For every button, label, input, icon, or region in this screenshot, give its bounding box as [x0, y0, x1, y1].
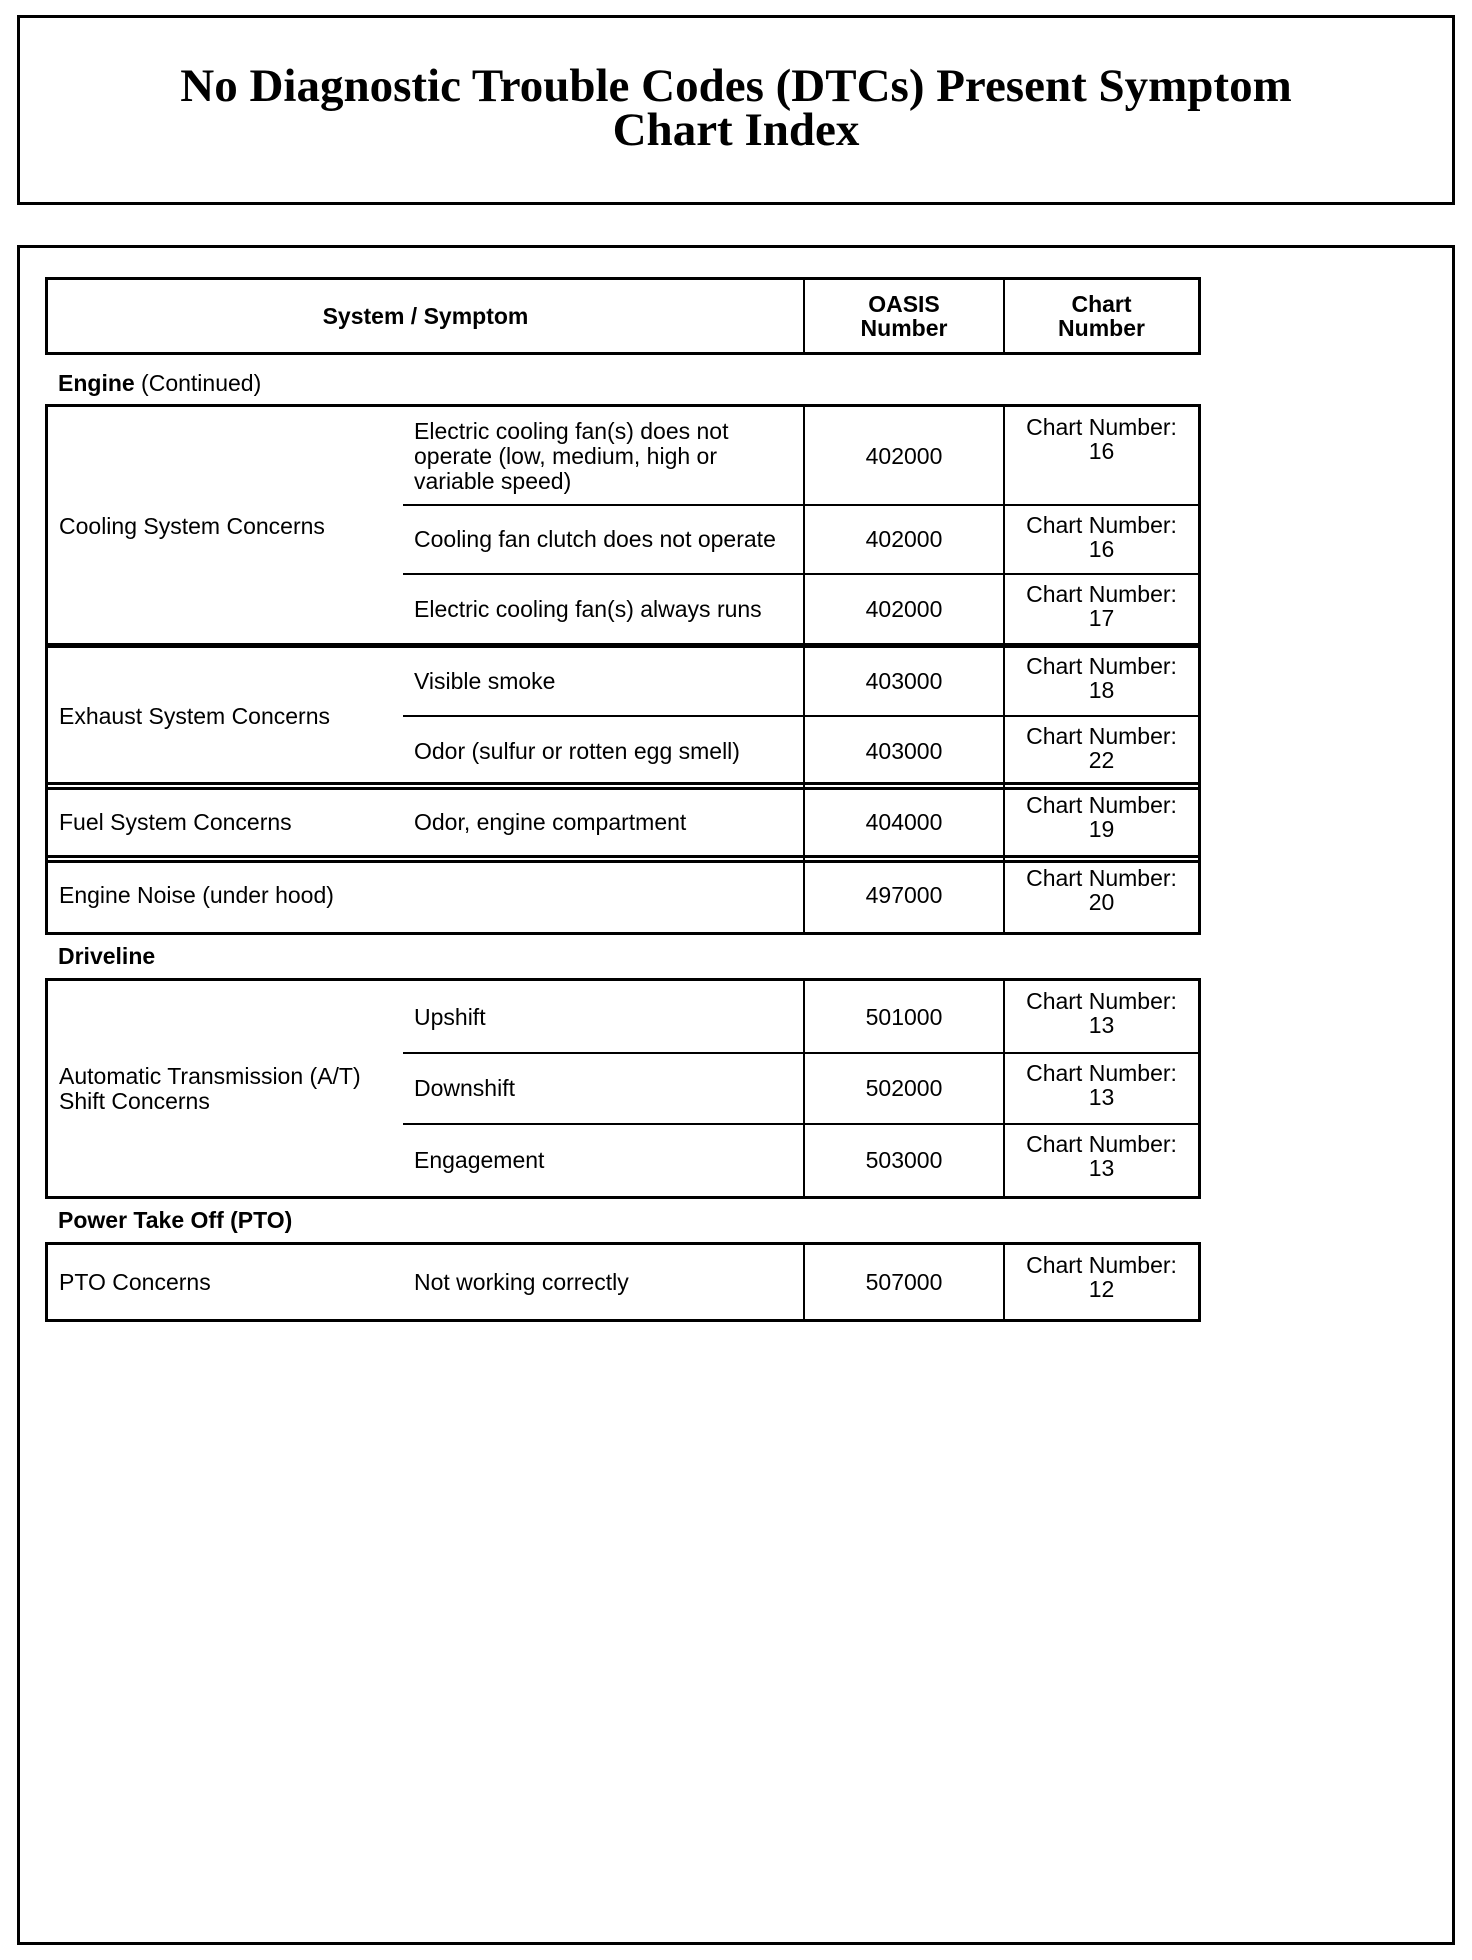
system-cell: Engine Noise (under hood)	[48, 858, 803, 932]
table-header: System / Symptom OASIS Number Chart Numb…	[45, 277, 1201, 355]
oasis-number-cell: 503000	[805, 1124, 1003, 1196]
chart-number-cell: Chart Number:17	[1005, 574, 1198, 645]
oasis-number-cell: 497000	[805, 858, 1003, 932]
symptom-cell: Cooling fan clutch does not operate	[403, 505, 793, 574]
section-pto: Power Take Off (PTO)	[58, 1207, 292, 1234]
symptom-cell: Odor, engine compartment	[403, 785, 793, 860]
chart-number-cell: Chart Number:20	[1005, 858, 1198, 932]
symptom-cell: Odor (sulfur or rotten egg smell)	[403, 716, 793, 787]
symptom-cell: Electric cooling fan(s) does not operate…	[403, 407, 793, 505]
header-chart-number: Chart Number	[1005, 280, 1198, 352]
chart-number-cell: Chart Number:13	[1005, 1053, 1198, 1124]
chart-number-cell: Chart Number:12	[1005, 1245, 1198, 1319]
header-system-symptom: System / Symptom	[48, 280, 803, 352]
chart-number-cell: Chart Number:22	[1005, 716, 1198, 787]
page-title: No Diagnostic Trouble Codes (DTCs) Prese…	[20, 64, 1452, 152]
chart-number-cell: Chart Number:16	[1005, 407, 1198, 505]
symptom-cell: Not working correctly	[403, 1245, 793, 1319]
table-block-fuel: Fuel System ConcernsOdor, engine compart…	[45, 782, 1201, 863]
system-cell: Cooling System Concerns	[48, 407, 403, 645]
oasis-number-cell: 501000	[805, 981, 1003, 1053]
oasis-number-cell: 402000	[805, 407, 1003, 505]
symptom-cell: Downshift	[403, 1053, 793, 1124]
chart-number-cell: Chart Number:13	[1005, 1124, 1198, 1196]
chart-number-cell: Chart Number:13	[1005, 981, 1198, 1053]
table-block-noise: Engine Noise (under hood)497000Chart Num…	[45, 855, 1201, 935]
symptom-cell: Visible smoke	[403, 646, 793, 716]
symptom-cell: Engagement	[403, 1124, 793, 1196]
title-line-1: No Diagnostic Trouble Codes (DTCs) Prese…	[20, 64, 1452, 108]
system-cell: Fuel System Concerns	[48, 785, 403, 860]
table-block-pto: PTO ConcernsNot working correctly507000C…	[45, 1242, 1201, 1322]
oasis-number-cell: 402000	[805, 505, 1003, 574]
header-oasis-number: OASIS Number	[805, 280, 1003, 352]
symptom-cell: Electric cooling fan(s) always runs	[403, 574, 793, 645]
system-cell: Exhaust System Concerns	[48, 646, 403, 787]
oasis-number-cell: 402000	[805, 574, 1003, 645]
chart-number-cell: Chart Number:16	[1005, 505, 1198, 574]
title-line-2: Chart Index	[20, 108, 1452, 152]
oasis-number-cell: 507000	[805, 1245, 1003, 1319]
oasis-number-cell: 502000	[805, 1053, 1003, 1124]
chart-number-cell: Chart Number:19	[1005, 785, 1198, 860]
oasis-number-cell: 404000	[805, 785, 1003, 860]
chart-number-cell: Chart Number:18	[1005, 646, 1198, 716]
system-cell: Automatic Transmission (A/T) Shift Conce…	[48, 981, 403, 1196]
system-cell: PTO Concerns	[48, 1245, 403, 1319]
oasis-number-cell: 403000	[805, 716, 1003, 787]
oasis-number-cell: 403000	[805, 646, 1003, 716]
table-block-exhaust: Exhaust System ConcernsVisible smoke4030…	[45, 643, 1201, 790]
section-engine: Engine (Continued)	[58, 370, 261, 397]
symptom-cell: Upshift	[403, 981, 793, 1053]
table-block-cooling: Cooling System ConcernsElectric cooling …	[45, 404, 1201, 648]
title-box: No Diagnostic Trouble Codes (DTCs) Prese…	[17, 15, 1455, 205]
section-driveline: Driveline	[58, 943, 155, 970]
table-block-at: Automatic Transmission (A/T) Shift Conce…	[45, 978, 1201, 1199]
